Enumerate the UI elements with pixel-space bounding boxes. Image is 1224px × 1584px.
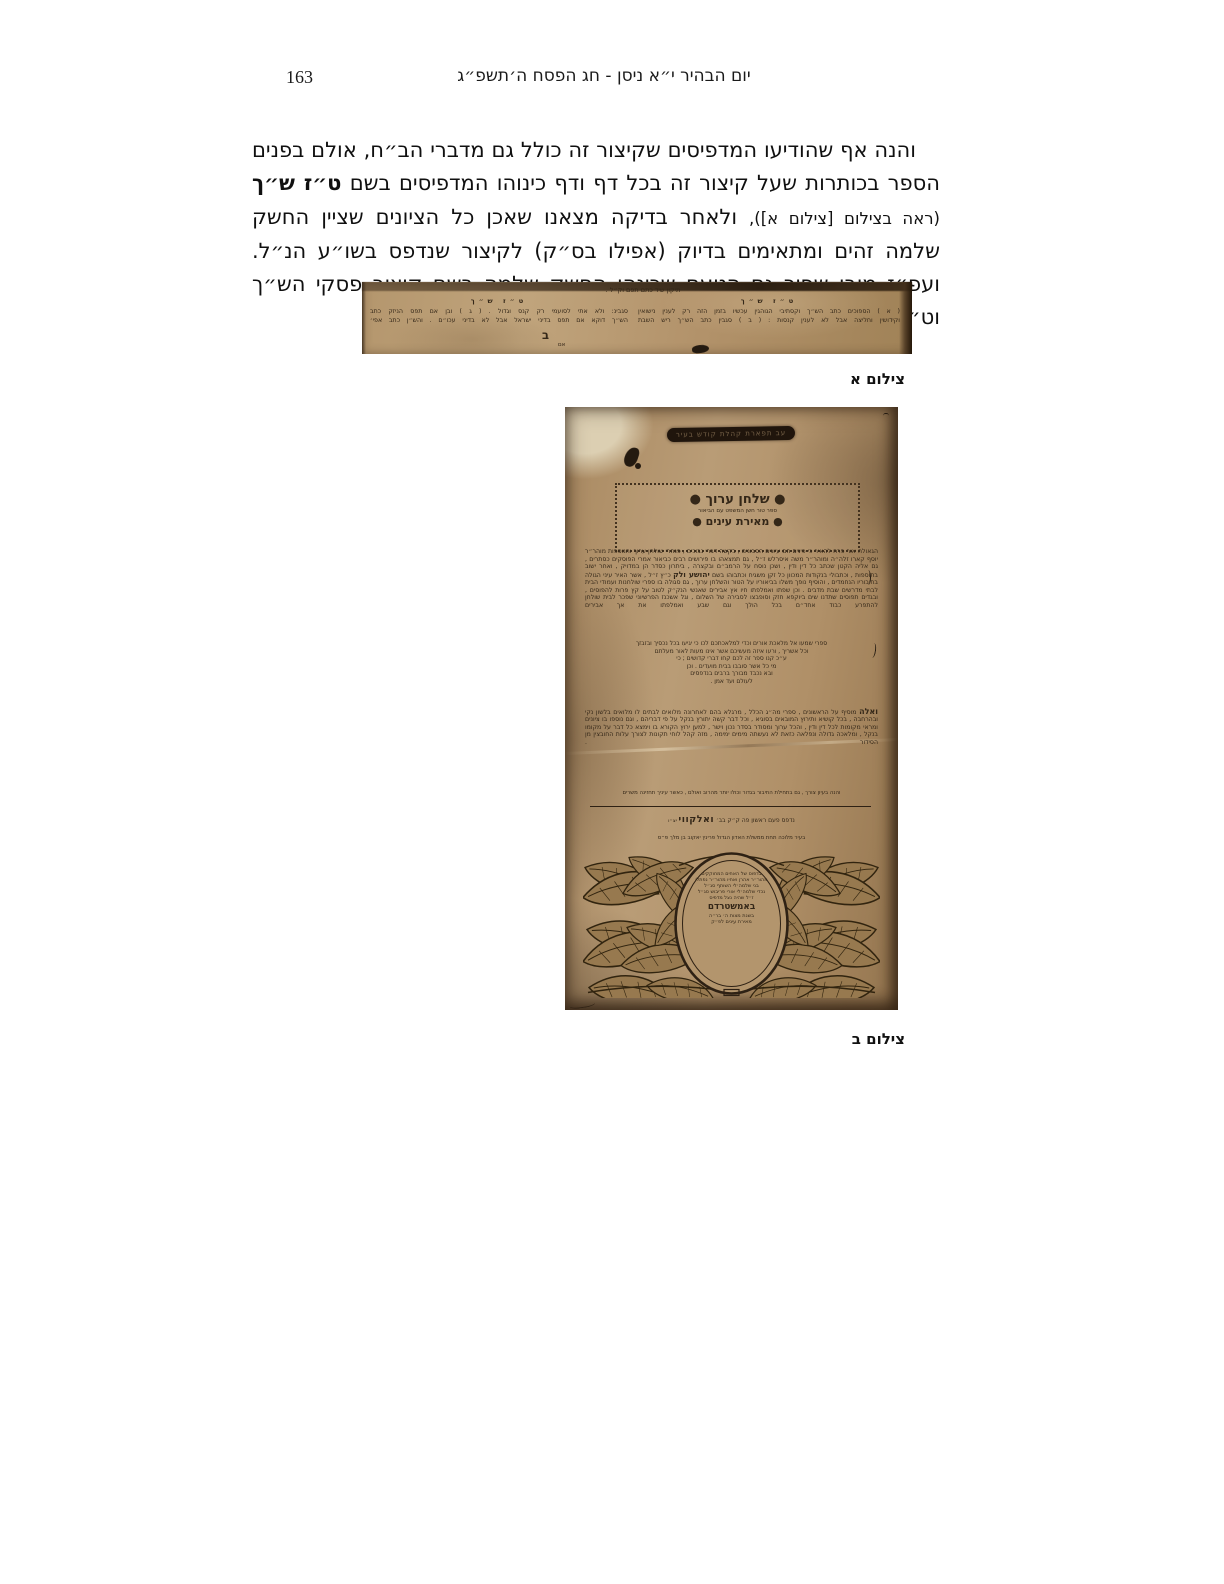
print-year-line: מאירת עינים לפ״ק [661,919,802,925]
library-stamp: עב תפארת קהלת קודש בעיר מוילנא [667,426,795,442]
margin-handwriting-mark [883,413,889,420]
tapered-colophon-lines: ספרי שמעו אל מלאכת אורים וכדי למלאכתכם ל… [565,640,898,686]
scan-catchword: אם [558,342,565,348]
taper-line: ובא נכבד מבורך ברבים בנדפסים [565,670,898,678]
pre-imprint-line: והנה בעיון צורך , גם בתחילת החיבור בגדור… [577,790,886,796]
scan-section-letter: ב [542,328,549,342]
document-page: { "header": { "page_number": "163", "tit… [0,0,1224,1584]
paragraph-parenthetical: (ראה בצילום [צילום א]), [749,209,940,228]
scan-left-column-line: הש״ך דוקא אם תפס בדיני ישראל אבל לא בדינ… [370,316,628,326]
author-name-bold: יהושע ולק [673,570,710,579]
figure-a-scan: תיקון שיד כתם תפם וק״ל . ט״ז ש״ך ( א ) ה… [362,282,912,354]
printer-cartouche-text: בדפוס של האחים המחוקקים מהור״ר אהרן ואחי… [661,872,802,925]
paragraph-lead-word: ואלה [859,707,878,716]
title-page-paragraph-2: ואלה מוסיף על הראשונים , ספרי מה״ג הכלל … [585,708,878,746]
running-header-title: יום הבהיר י״א ניסן - חג הפסח ה׳תשפ״ג [0,66,1208,86]
scan-right-column-line: וקידושין וחליצה אבל לא לענין קנסות : ( ב… [638,316,900,326]
imprint-text: נדפס פעם ראשון פה ק״ק [727,817,794,824]
book-title: ● שלחן ערוך ● [617,492,858,507]
print-city: באמשטרדם [661,902,802,913]
scan-right-column-line: ( א ) הספוכים כתב הש״ך וקסתיבי הגוהגין ע… [638,307,900,317]
scan-header-line: תיקון שיד כתם תפם וק״ל . [568,286,718,294]
scan-right-column-header: ט״ז ש״ך [638,297,900,307]
taper-line: מי כל אשר סובבו בבית מועדים . וכן [565,663,898,671]
imprint-subline: בעיר מלוכה תחת ממשלת האדון הגדול פרינץ י… [565,835,898,841]
figure-b-title-page-scan: עב תפארת קהלת קודש בעיר מוילנא ● שלחן ער… [565,407,898,1010]
ink-blot-small [635,463,641,469]
imprint-city: ואלקווי [678,814,714,825]
scan-left-column: ט״ז ש״ך סגבינ: ולא אתי לסועמי רק קנס וגד… [370,297,628,326]
scan-left-column-header: ט״ז ש״ך [370,297,628,307]
scan-left-column-line: סגבינ: ולא אתי לסועמי רק קנס וגדול . ( ג… [370,307,628,317]
title-border-box: ● שלחן ערוך ● ספר טור חשן המשפט עם הביאו… [615,483,860,552]
scan-gutter-shadow [899,282,912,354]
figure-b-caption: צילום ב [852,1030,905,1048]
horizontal-rule [590,806,871,807]
taper-line: ספרי שמעו אל מלאכת אורים וכדי למלאכתכם ל… [565,640,898,648]
taper-line: ע״כ קנו ספר זה לכם קחו דברי קדושים ; כי [565,655,898,663]
imprint-text: בב׳ [714,817,727,824]
imprint-line: נדפס פעם ראשון פה ק״ק בב׳ ואלקווי יצ״ו [565,814,898,825]
handwritten-scrawl [569,997,596,1010]
book-subtitle: ספר טור חשן המשפט עם הביאור [617,507,858,515]
figure-a-caption: צילום א [850,370,905,388]
library-stamp-text: עב תפארת קהלת קודש בעיר מוילנא [667,426,795,442]
commentary-title: ● מאירת עינים ● [617,515,858,528]
scan-paragraph-text: מוסיף על הראשונים , ספרי מה״ג הכלל , מרג… [585,709,878,746]
paragraph-text: והנה אף שהודיעו המדפיסים שקיצור זה כולל … [252,138,940,195]
scan-left-edge [362,282,366,354]
title-page-paragraph-1: הגאולה אור פרח להאיר כי פינים הם עיונים … [585,548,878,609]
imprint-text: יצ״ו [668,818,678,824]
ink-blot [692,344,710,354]
taper-line: לעולם ועד אמן . [565,678,898,686]
scan-right-column: ט״ז ש״ך ( א ) הספוכים כתב הש״ך וקסתיבי ה… [638,297,900,326]
paragraph-bold-term: ט״ז ש״ך [252,171,341,195]
taper-line: וכל אשריך , ורעו איזה מעשיכם אשר אינו מע… [565,648,898,656]
